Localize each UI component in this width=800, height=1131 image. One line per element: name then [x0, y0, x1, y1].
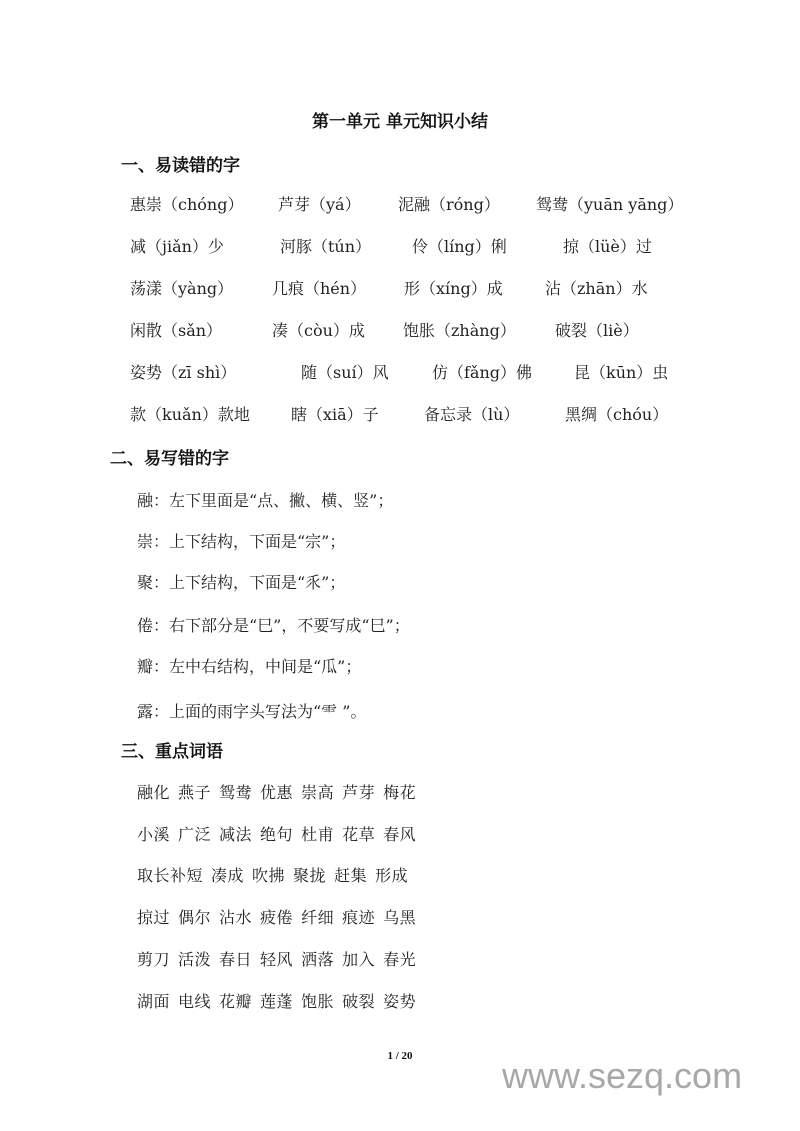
- word: 崇高: [301, 783, 334, 802]
- word: 绝句: [260, 825, 293, 844]
- word-row: 取长补短凑成吹拂聚拢赶集形成: [137, 863, 416, 886]
- word: 赶集: [334, 866, 367, 885]
- word-row: 融化燕子鸳鸯优惠崇高芦芽梅花: [137, 780, 424, 803]
- pinyin-item: 昆（kūn）虫: [574, 360, 668, 383]
- word: 偶尔: [178, 908, 211, 927]
- word: 乌黑: [383, 908, 416, 927]
- pinyin-item: 闲散（sǎn）: [130, 318, 222, 341]
- word: 春日: [219, 950, 252, 969]
- word: 姿势: [383, 992, 416, 1011]
- word: 广泛: [178, 825, 211, 844]
- pinyin-item: 沾（zhān）水: [545, 276, 648, 299]
- pinyin-item: 仿（fǎng）佛: [432, 360, 532, 383]
- pinyin-item: 瞎（xiā）子: [291, 402, 379, 425]
- word: 形成: [375, 866, 408, 885]
- word: 减法: [219, 825, 252, 844]
- pinyin-item: 掠（lüè）过: [563, 234, 652, 257]
- word-row: 湖面电线花瓣莲蓬饱胀破裂姿势: [137, 989, 424, 1012]
- word-row: 剪刀活泼春日轻风洒落加入春光: [137, 947, 424, 970]
- pinyin-item: 河豚（tún）: [280, 234, 371, 257]
- pinyin-item: 破裂（liè）: [555, 318, 639, 341]
- word: 破裂: [342, 992, 375, 1011]
- pinyin-item: 几痕（hén）: [272, 276, 366, 299]
- word: 梅花: [383, 783, 416, 802]
- writing-note: 崇：上下结构，下面是“宗”；: [137, 529, 345, 552]
- word: 燕子: [178, 783, 211, 802]
- word: 吹拂: [252, 866, 285, 885]
- word: 凑成: [211, 866, 244, 885]
- writing-note: 倦：右下部分是“巳”，不要写成“巳”；: [137, 613, 410, 636]
- watermark: www.sezq.com: [502, 1055, 742, 1097]
- writing-note: 露：上面的雨字头写法为“⻗ ”。: [137, 699, 366, 722]
- word: 小溪: [137, 825, 170, 844]
- word: 痕迹: [342, 908, 375, 927]
- section-heading-2: 二、易写错的字: [110, 444, 229, 469]
- pinyin-item: 荡漾（yàng）: [130, 276, 233, 299]
- word: 莲蓬: [260, 992, 293, 1011]
- pinyin-item: 芦芽（yá）: [278, 192, 361, 215]
- word: 疲倦: [260, 908, 293, 927]
- word-row: 掠过偶尔沾水疲倦纤细痕迹乌黑: [137, 905, 424, 928]
- word: 优惠: [260, 783, 293, 802]
- pinyin-item: 姿势（zī shì）: [130, 360, 236, 383]
- section-heading-3: 三、重点词语: [121, 737, 223, 762]
- word: 剪刀: [137, 950, 170, 969]
- word: 取长补短: [137, 866, 203, 885]
- word: 春光: [383, 950, 416, 969]
- word: 杜甫: [301, 825, 334, 844]
- pinyin-item: 形（xíng）成: [404, 276, 503, 299]
- pinyin-item: 随（suí）风: [301, 360, 389, 383]
- word: 活泼: [178, 950, 211, 969]
- pinyin-item: 泥融（róng）: [398, 192, 500, 215]
- word: 春风: [383, 825, 416, 844]
- word: 花草: [342, 825, 375, 844]
- word: 聚拢: [293, 866, 326, 885]
- pinyin-item: 黑绸（chóu）: [565, 402, 668, 425]
- writing-note: 瓣：左中右结构，中间是“瓜”；: [137, 654, 361, 677]
- word: 加入: [342, 950, 375, 969]
- pinyin-item: 伶（líng）俐: [412, 234, 507, 257]
- word: 沾水: [219, 908, 252, 927]
- word: 鸳鸯: [219, 783, 252, 802]
- word: 芦芽: [342, 783, 375, 802]
- word-row: 小溪广泛减法绝句杜甫花草春风: [137, 822, 424, 845]
- pinyin-item: 款（kuǎn）款地: [130, 402, 250, 425]
- page-title: 第一单元 单元知识小结: [0, 107, 800, 132]
- pinyin-item: 惠崇（chóng）: [130, 192, 243, 215]
- word: 湖面: [137, 992, 170, 1011]
- word: 掠过: [137, 908, 170, 927]
- writing-note: 聚：上下结构，下面是“乑”；: [137, 570, 345, 593]
- word: 纤细: [301, 908, 334, 927]
- word: 饱胀: [301, 992, 334, 1011]
- pinyin-item: 备忘录（lù）: [424, 402, 519, 425]
- pinyin-item: 减（jiǎn）少: [130, 234, 224, 257]
- word: 洒落: [301, 950, 334, 969]
- word: 轻风: [260, 950, 293, 969]
- section-heading-1: 一、易读错的字: [121, 151, 240, 176]
- word: 电线: [178, 992, 211, 1011]
- word: 融化: [137, 783, 170, 802]
- pinyin-item: 凑（còu）成: [272, 318, 365, 341]
- pinyin-item: 饱胀（zhàng）: [403, 318, 516, 341]
- pinyin-item: 鸳鸯（yuān yāng）: [536, 192, 683, 215]
- writing-note: 融：左下里面是“点、撇、横、竖”；: [137, 488, 393, 511]
- word: 花瓣: [219, 992, 252, 1011]
